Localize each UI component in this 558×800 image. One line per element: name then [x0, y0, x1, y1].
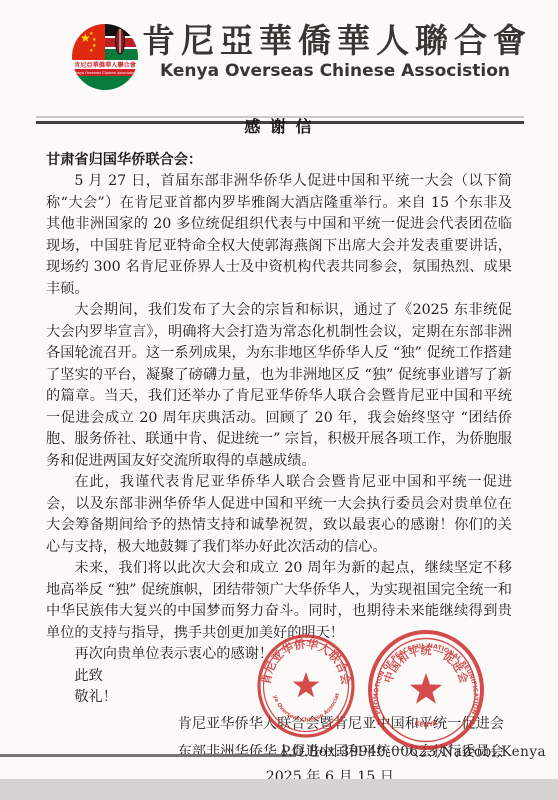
logo-band-zh: 肯尼亞華僑華人聯合會 — [74, 61, 137, 69]
china-star-icon: ★ — [89, 48, 94, 54]
salutation: 甘肃省归国华侨联合会： — [46, 150, 512, 172]
star-icon — [293, 672, 320, 697]
paragraph-1: 5 月 27 日，首届东部非洲华侨华人促进中国和平统一大会（以下简称“大会”）在… — [46, 171, 512, 300]
star-icon — [410, 673, 442, 704]
bottom-scan-edge — [0, 779, 558, 800]
org-name-en: Kenya Overseas Chinese Associstion — [142, 60, 528, 82]
koca-seal-stamp: 肯尼亚华侨华人联合会 Kenya Overseas Chinese Associ… — [255, 632, 357, 740]
stamp-right-arc-bottom: KENYA — [414, 719, 439, 729]
footer-divider — [0, 754, 296, 757]
letterhead: ★ ★ ★ ★ ★ 肯尼亞華僑華人聯合會 — [0, 20, 558, 98]
letter-page: ★ ★ ★ ★ ★ 肯尼亞華僑華人聯合會 — [0, 0, 558, 800]
paragraph-3: 在此，我谨代表肯尼亚华侨华人联合会暨肯尼亚中国和平统一促进会，以及东部非洲华侨华… — [46, 472, 512, 558]
reunification-seal-stamp: PROMOTION OF PEACEFUL NATIONAL REUNIFICA… — [366, 629, 486, 751]
kenya-flag — [105, 24, 138, 60]
association-logo: ★ ★ ★ ★ ★ 肯尼亞華僑華人聯合會 — [70, 22, 140, 92]
paragraph-2: 大会期间，我们发布了大会的宗旨和标识，通过了《2025 东非统促大会内罗毕宣言》… — [46, 300, 512, 472]
org-name-zh: 肯尼亞華僑華人聯合會 — [142, 22, 528, 60]
logo-band-en: Kenya Overseas Chinese Association — [73, 71, 137, 75]
letter-title: 感 谢 信 — [46, 116, 512, 138]
svg-text:KENYA: KENYA — [414, 719, 439, 729]
